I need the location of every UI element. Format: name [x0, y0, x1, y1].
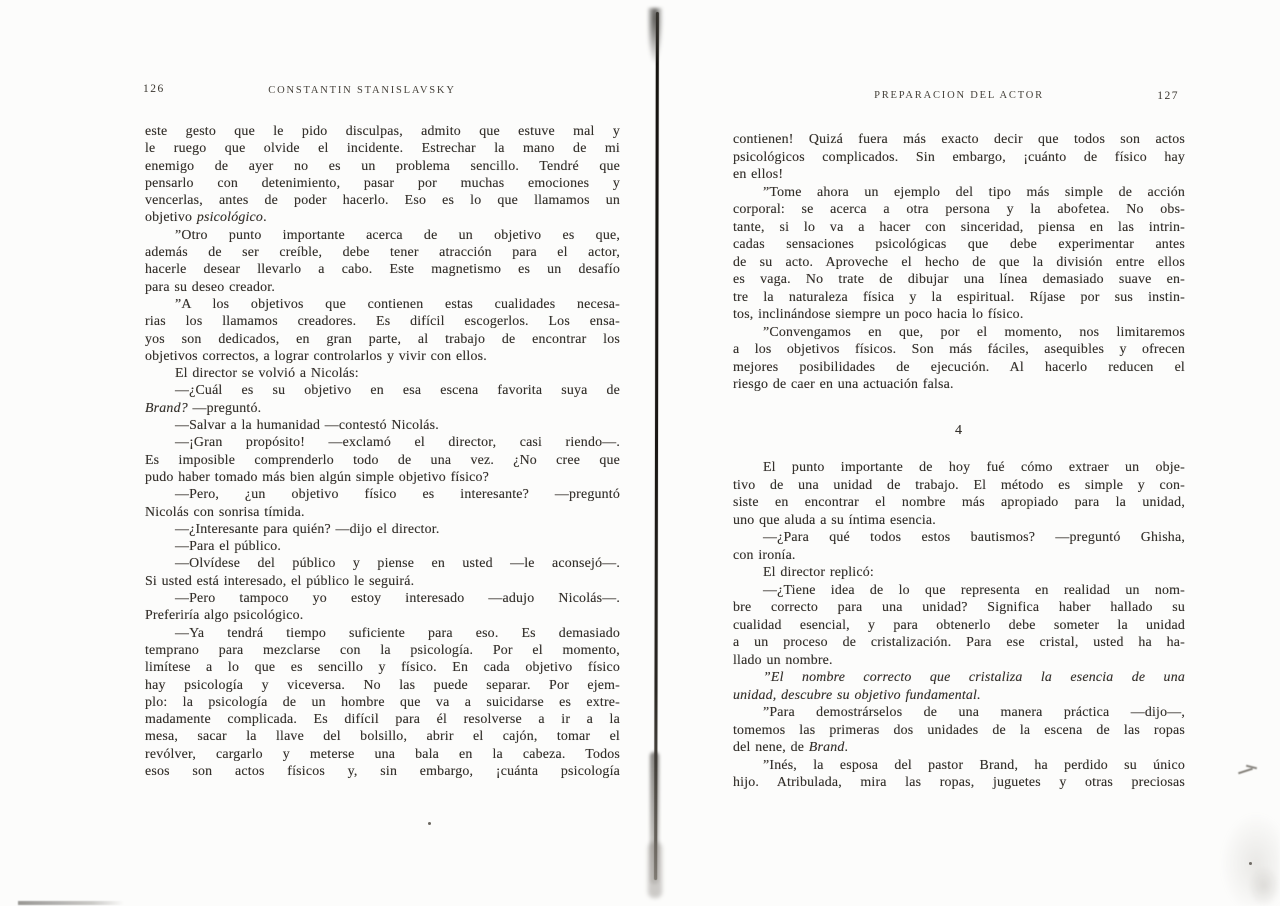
text-line: además de ser creíble, debe tener atracc…: [145, 244, 620, 261]
paragraph: El director replicó:: [733, 564, 1185, 582]
paragraph: —¿Tiene idea de lo que representa en rea…: [733, 582, 1185, 670]
paragraph: ”Tome ahora un ejemplo del tipo más simp…: [733, 184, 1185, 324]
text-line: a los objetivos físicos. Son más fáciles…: [733, 341, 1185, 359]
text-line: a un proceso de cristalización. Para ese…: [733, 634, 1185, 652]
left-running-header: CONSTANTIN STANISLAVSKY: [268, 85, 455, 96]
text-line: —¿Para qué todos estos bautismos? —pregu…: [733, 529, 1185, 547]
left-page-header: 126 CONSTANTIN STANISLAVSKY: [145, 83, 620, 103]
text-line: unidad, descubre su objetivo fundamental…: [733, 687, 1185, 705]
text-line: con ironía.: [733, 547, 1185, 565]
paragraph: ”Inés, la esposa del pastor Brand, ha pe…: [733, 757, 1185, 792]
text-line: ”Tome ahora un ejemplo del tipo más simp…: [733, 184, 1185, 202]
text-line: Preferiría algo psicológico.: [145, 607, 620, 624]
text-line: ”El nombre correcto que cristaliza la es…: [733, 669, 1185, 687]
text-line: ”Otro punto importante acerca de un obje…: [145, 227, 620, 244]
scan-artifact-speck: [428, 822, 431, 825]
text-line: —Salvar a la humanidad —contestó Nicolás…: [145, 417, 620, 434]
text-line: tivo de una unidad de trabajo. El método…: [733, 477, 1185, 495]
text-line: en ellos!: [733, 166, 1185, 184]
paragraph: —¿Interesante para quién? —dijo el direc…: [145, 521, 620, 538]
text-line: Si usted está interesado, el público le …: [145, 573, 620, 590]
text-line: madamente complicada. Es difícil para él…: [145, 711, 620, 728]
scan-artifact-squiggle: [1238, 768, 1253, 775]
text-line: tos, inclinándose siempre un poco hacia …: [733, 306, 1185, 324]
text-line: ”Inés, la esposa del pastor Brand, ha pe…: [733, 757, 1185, 775]
text-line: —¡Gran propósito! —exclamó el director, …: [145, 434, 620, 451]
spine-smudge-foot: [648, 842, 662, 898]
paragraph: ”A los objetivos que contienen estas cua…: [145, 296, 620, 365]
text-line: riesgo de caer en una actuación falsa.: [733, 376, 1185, 394]
text-line: Brand? —preguntó.: [145, 400, 620, 417]
paragraph: —¡Gran propósito! —exclamó el director, …: [145, 434, 620, 486]
text-line: cualidad esencial, y para obtenerlo debe…: [733, 617, 1185, 635]
text-line: —Pero, ¿un objetivo físico es interesant…: [145, 486, 620, 503]
text-line: le ruego que olvide el incidente. Estrec…: [145, 140, 620, 157]
left-page-number: 126: [143, 83, 165, 95]
paragraph: —¿Para qué todos estos bautismos? —pregu…: [733, 529, 1185, 564]
paragraph: —Salvar a la humanidad —contestó Nicolás…: [145, 417, 620, 434]
scan-artifact-mottle: [1248, 866, 1280, 906]
paragraph: este gesto que le pido disculpas, admito…: [145, 123, 620, 227]
text-line: hijo. Atribulada, mira las ropas, juguet…: [733, 774, 1185, 792]
right-page-number: 127: [1157, 90, 1179, 102]
text-line: llado un nombre.: [733, 652, 1185, 670]
text-line: mesa, sacar la llave del bolsillo, abrir…: [145, 728, 620, 745]
text-line: —Para el público.: [145, 538, 620, 555]
text-line: pudo haber tomado más bien algún simple …: [145, 469, 620, 486]
text-line: tante, si lo va a hacer con sinceridad, …: [733, 219, 1185, 237]
text-line: hacerle desear llevarlo a cabo. Este mag…: [145, 261, 620, 278]
text-line: uno que aluda a su íntima esencia.: [733, 512, 1185, 530]
right-text-after-section: El punto importante de hoy fué cómo extr…: [733, 459, 1185, 792]
right-text-before-section: contienen! Quizá fuera más exacto decir …: [733, 131, 1185, 394]
text-line: limítese a lo que es sencillo y físico. …: [145, 659, 620, 676]
text-line: tre la naturaleza física y la espiritual…: [733, 289, 1185, 307]
text-line: ”Convengamos en que, por el momento, nos…: [733, 324, 1185, 342]
book-spine-line: [654, 12, 658, 880]
paragraph: —Pero tampoco yo estoy interesado —adujo…: [145, 590, 620, 625]
text-line: temprano para mezclarse con la psicologí…: [145, 642, 620, 659]
text-line: rias los llamamos creadores. Es difícil …: [145, 313, 620, 330]
text-line: —Pero tampoco yo estoy interesado —adujo…: [145, 590, 620, 607]
scan-artifact-strip: [18, 901, 124, 905]
right-running-header: PREPARACION DEL ACTOR: [874, 90, 1044, 101]
text-line: del nene, de Brand.: [733, 739, 1185, 757]
text-line: yos son dedicados, en gran parte, al tra…: [145, 331, 620, 348]
text-line: —¿Interesante para quién? —dijo el direc…: [145, 521, 620, 538]
book-scan: 126 CONSTANTIN STANISLAVSKY este gesto q…: [0, 0, 1280, 906]
text-line: esos son actos físicos y, sin embargo, ¡…: [145, 763, 620, 780]
text-line: mejores posibilidades de ejecución. Al h…: [733, 359, 1185, 377]
text-line: siste en encontrar el nombre más apropia…: [733, 494, 1185, 512]
text-line: —Olvídese del público y piense en usted …: [145, 555, 620, 572]
paragraph: —Pero, ¿un objetivo físico es interesant…: [145, 486, 620, 521]
spine-ink-blob-top: [648, 8, 663, 64]
paragraph: ”El nombre correcto que cristaliza la es…: [733, 669, 1185, 704]
text-line: vencerlas, antes de poder hacerlo. Eso e…: [145, 192, 620, 209]
text-line: de su acto. Aproveche el hecho de que la…: [733, 254, 1185, 272]
text-line: revólver, cargarlo y meterse una bala en…: [145, 746, 620, 763]
text-line: este gesto que le pido disculpas, admito…: [145, 123, 620, 140]
text-line: —¿Tiene idea de lo que representa en rea…: [733, 582, 1185, 600]
paragraph: El punto importante de hoy fué cómo extr…: [733, 459, 1185, 529]
text-line: —Ya tendrá tiempo suficiente para eso. E…: [145, 625, 620, 642]
right-page-text: contienen! Quizá fuera más exacto decir …: [733, 131, 1185, 792]
text-line: corporal: se acerca a otra persona y la …: [733, 201, 1185, 219]
text-line: El director replicó:: [733, 564, 1185, 582]
left-page-text: este gesto que le pido disculpas, admito…: [145, 123, 620, 780]
text-line: contienen! Quizá fuera más exacto decir …: [733, 131, 1185, 149]
paragraph: contienen! Quizá fuera más exacto decir …: [733, 131, 1185, 184]
paragraph: El director se volvió a Nicolás:: [145, 365, 620, 382]
paragraph: ”Otro punto importante acerca de un obje…: [145, 227, 620, 296]
paragraph: —Ya tendrá tiempo suficiente para eso. E…: [145, 625, 620, 781]
text-line: pensarlo con detenimiento, pasar por muc…: [145, 175, 620, 192]
text-line: hay psicología y viceversa. No las puede…: [145, 677, 620, 694]
text-line: cadas sensaciones psicológicas que debe …: [733, 236, 1185, 254]
text-line: ”Para demostrárselos de una manera práct…: [733, 704, 1185, 722]
text-line: El punto importante de hoy fué cómo extr…: [733, 459, 1185, 477]
paragraph: ”Convengamos en que, por el momento, nos…: [733, 324, 1185, 394]
text-line: —¿Cuál es su objetivo en esa escena favo…: [145, 382, 620, 399]
text-line: plo: la psicología de un hombre que va a…: [145, 694, 620, 711]
right-page-header: PREPARACION DEL ACTOR 127: [733, 90, 1185, 110]
paragraph: ”Para demostrárselos de una manera práct…: [733, 704, 1185, 757]
text-line: ”A los objetivos que contienen estas cua…: [145, 296, 620, 313]
paragraph: —Olvídese del público y piense en usted …: [145, 555, 620, 590]
text-line: objetivos correctos, a lograr controlarl…: [145, 348, 620, 365]
text-line: es vaga. No trate de dibujar una línea d…: [733, 271, 1185, 289]
text-line: para su deseo creador.: [145, 279, 620, 296]
text-line: Es imposible comprenderlo todo de una ve…: [145, 452, 620, 469]
text-line: psicológicos complicados. Sin embargo, ¡…: [733, 149, 1185, 167]
section-number: 4: [733, 422, 1185, 440]
text-line: enemigo de ayer no es un problema sencil…: [145, 158, 620, 175]
text-line: bre correcto para una unidad? Significa …: [733, 599, 1185, 617]
paragraph: —Para el público.: [145, 538, 620, 555]
text-line: tomemos las primeras dos unidades de la …: [733, 722, 1185, 740]
paragraph: —¿Cuál es su objetivo en esa escena favo…: [145, 382, 620, 417]
text-line: objetivo psicológico.: [145, 209, 620, 226]
text-line: Nicolás con sonrisa tímida.: [145, 504, 620, 521]
text-line: El director se volvió a Nicolás:: [145, 365, 620, 382]
